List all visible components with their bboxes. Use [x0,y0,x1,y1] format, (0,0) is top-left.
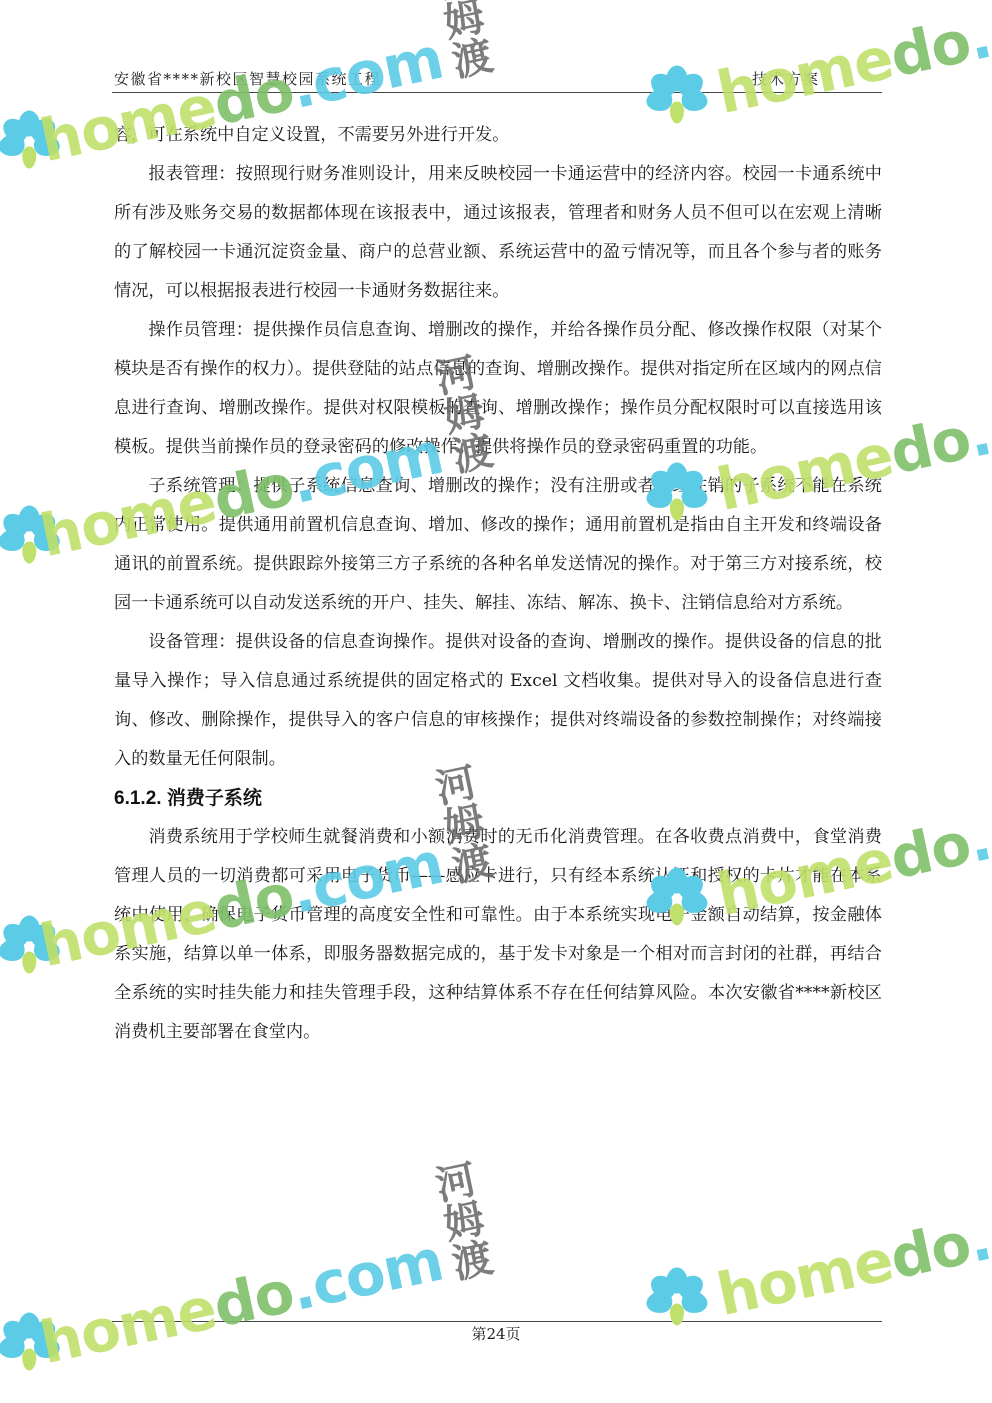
paragraph-report-management: 报表管理：按照现行财务准则设计，用来反映校园一卡通运营中的经济内容。校园一卡通系… [114,155,882,311]
homedo-flower-icon [0,502,35,572]
paragraph-device-management: 设备管理：提供设备的信息查询操作。提供对设备的查询、增删改的操作。提供设备的信息… [114,623,882,779]
paragraph-operator-management: 操作员管理：提供操作员信息查询、增删改的操作，并给各操作员分配、修改操作权限（对… [114,311,882,467]
paragraph-consumption-system: 消费系统用于学校师生就餐消费和小额消费时的无币化消费管理。在各收费点消费中，食堂… [114,818,882,1052]
document-body: 容，可在系统中自定义设置，不需要另外进行开发。 报表管理：按照现行财务准则设计，… [114,116,882,1052]
page-header: 安徽省****新校区智慧校园系统工程 技术方案 [112,68,882,93]
section-heading: 6.1.2. 消费子系统 [114,779,882,818]
footer-divider [112,1321,882,1322]
homedo-flower-icon [0,912,35,982]
homedo-flower-icon [0,107,35,177]
header-project-title: 安徽省****新校区智慧校园系统工程 [114,68,381,89]
paragraph-subsystem-management: 子系统管理：提供子系统信息查询、增删改的操作；没有注册或者已经注销的子系统不能在… [114,467,882,623]
page-number: 第24页 [0,1323,992,1344]
header-doc-type: 技术方案 [752,68,820,89]
paragraph-continuation: 容，可在系统中自定义设置，不需要另外进行开发。 [114,116,882,155]
document-page: 安徽省****新校区智慧校园系统工程 技术方案 容，可在系统中自定义设置，不需要… [0,0,992,1403]
